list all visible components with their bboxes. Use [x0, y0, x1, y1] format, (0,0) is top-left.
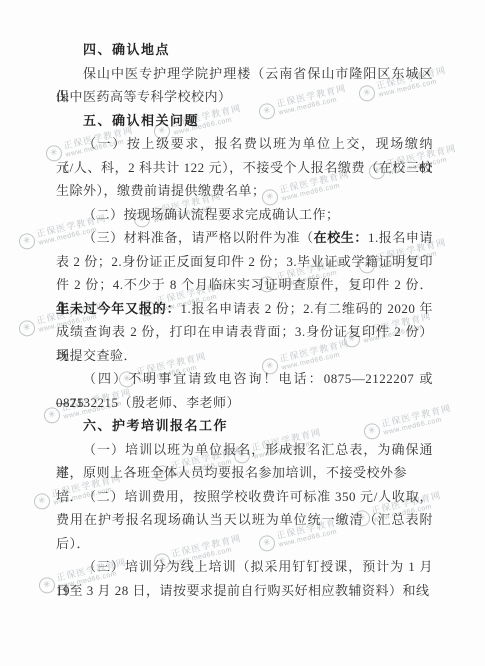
doc-line: 保山中医专护理学院护理楼（云南省保山市隆阳区东城区保: [56, 62, 433, 86]
doc-line: （三）培训分为线上培训（拟采用钉钉授课，预计为 1 月 19: [56, 555, 433, 579]
doc-line: （四）不明事宜请致电咨询！电话：0875—2122207 或 0875: [56, 367, 433, 391]
doc-line: 成绩查询表 2 份，打印在申请表背面；3.身份证复印件 2 份）现: [56, 320, 433, 344]
doc-line: 年未过今年又报的：1.报名申请表 2 份；2.有二维码的 2020 年: [56, 297, 433, 321]
doc-line: 场提交查验．: [56, 344, 433, 368]
doc-line: （二）按现场确认流程要求完成确认工作；: [56, 203, 433, 227]
zhengbao-logo-icon: [37, 576, 56, 595]
doc-line: 元/人、科，2 科共计 122 元），不接受个人报名缴费（在校三校: [56, 156, 433, 180]
doc-line: 日至 3 月 28 日，请按要求提前自行购买好相应教辅资料）和线: [56, 579, 433, 603]
line-text: 1.报名申请: [368, 230, 433, 245]
section-heading-4: 四、确认地点: [56, 38, 433, 62]
doc-line: 费用在护考报名现场确认当天以班为单位统一缴清（汇总表附: [56, 508, 433, 532]
doc-line: （三）材料准备，请严格以附件为准（在校生：1.报名申请: [56, 226, 433, 250]
doc-line: 后）．: [56, 532, 433, 556]
doc-line: —2132215（殷老师、李老师）: [56, 391, 433, 415]
zhengbao-logo-icon: [17, 232, 36, 251]
zhengbao-logo-icon: [32, 492, 51, 511]
line-text: （三）材料准备，请严格以附件为准（: [83, 230, 314, 245]
doc-line: 率，原则上各班全体人员均要报名参加培训，不接受校外参培．: [56, 461, 433, 485]
document-page: 正保医学教育网www.med66.com 正保医学教育网www.med66.co…: [0, 0, 485, 666]
section-heading-6: 六、护考培训报名工作: [56, 414, 433, 438]
line-text: 件 2 份；4.不少于 8 个月临床实习证明查原件，复印件 2 份．: [56, 277, 433, 292]
doc-line: 生除外），缴费前请提供缴费名单；: [56, 179, 433, 203]
doc-line: 件 2 份；4.不少于 8 个月临床实习证明查原件，复印件 2 份．上: [56, 273, 433, 297]
section-heading-5: 五、确认相关问题: [56, 109, 433, 133]
doc-line: （二）培训费用，按照学校收费许可标准 350 元/人收取，: [56, 485, 433, 509]
doc-line: 山中医药高等专科学校校内）: [56, 85, 433, 109]
document-body: 四、确认地点 保山中医专护理学院护理楼（云南省保山市隆阳区东城区保 山中医药高等…: [0, 0, 485, 666]
doc-line: 表 2 份；2.身份证正反面复印件 2 份；3.毕业证或学籍证明复印: [56, 250, 433, 274]
doc-line: （一）培训以班为单位报名，形成报名汇总表，为确保通过: [56, 438, 433, 462]
doc-line: （一）按上级要求，报名费以班为单位上交，现场缴纳（61: [56, 132, 433, 156]
line-text-bold: 在校生：: [314, 230, 368, 245]
line-text: 1.报名申请表 2 份；2.有二维码的 2020 年: [180, 301, 433, 316]
line-text-bold: 年未过今年又报的：: [56, 301, 180, 316]
zhengbao-logo-icon: [17, 319, 36, 338]
